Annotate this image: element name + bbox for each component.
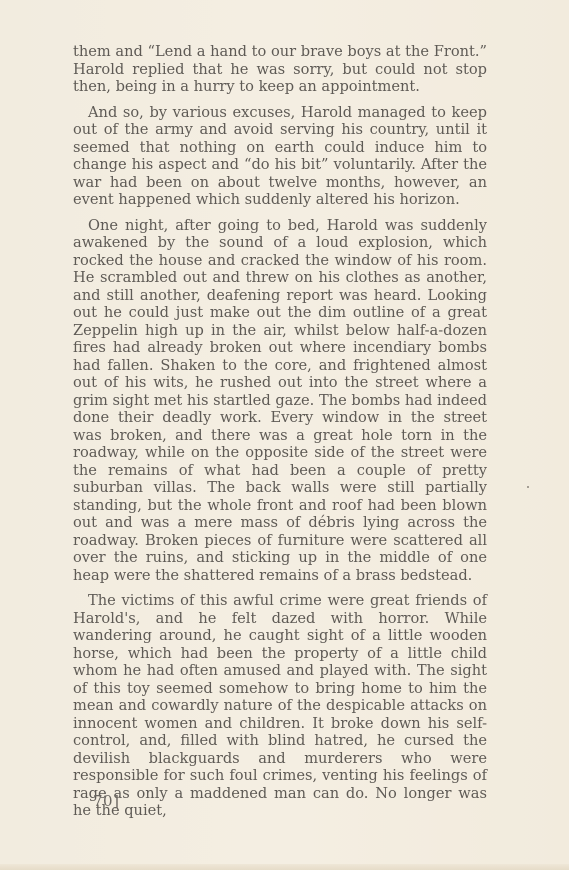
book-page: them and “Lend a hand to our brave boys … xyxy=(0,0,569,870)
paragraph-victims: The victims of this awful crime were gre… xyxy=(73,592,487,820)
page-bottom-edge xyxy=(0,864,569,870)
body-text: them and “Lend a hand to our brave boys … xyxy=(73,43,487,820)
paragraph-continuation: them and “Lend a hand to our brave boys … xyxy=(73,43,487,96)
paragraph-excuses: And so, by various excuses, Harold manag… xyxy=(73,104,487,209)
page-number: 70] xyxy=(93,792,119,810)
paragraph-zeppelin-raid: One night, after going to bed, Harold wa… xyxy=(73,217,487,585)
paper-speck xyxy=(527,486,529,488)
